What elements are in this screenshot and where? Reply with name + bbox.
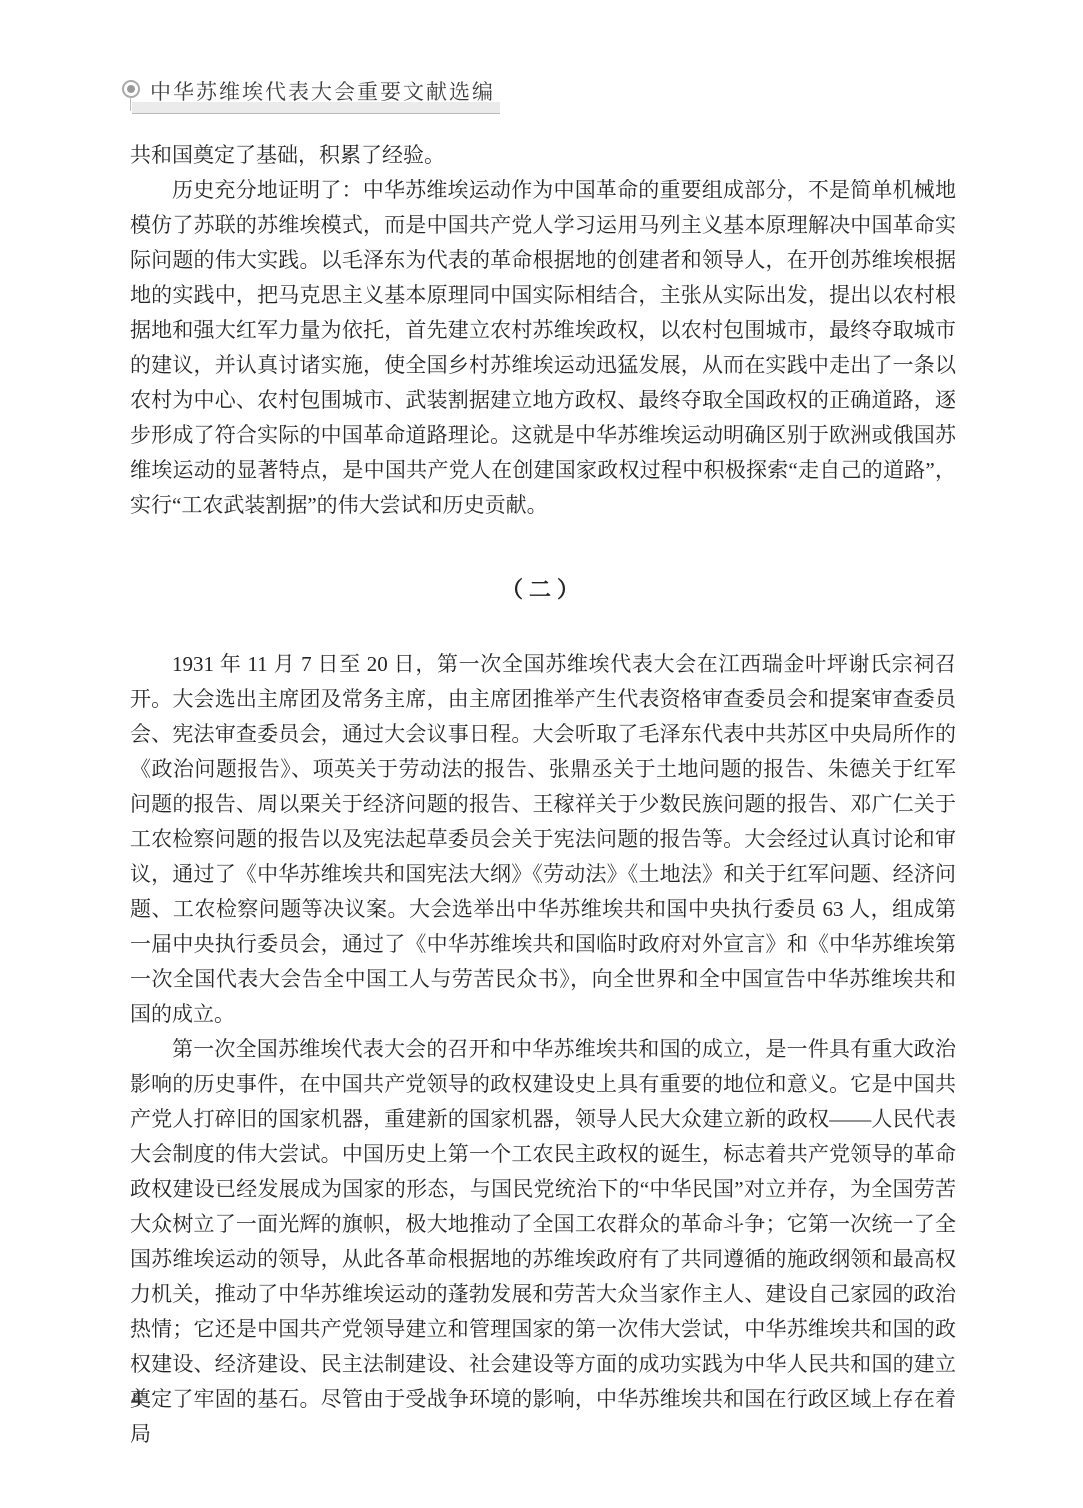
running-header: 中华苏维埃代表大会重要文献选编 — [122, 76, 642, 116]
body-paragraph: 第一次全国苏维埃代表大会的召开和中华苏维埃共和国的成立，是一件具有重大政治影响的… — [130, 1032, 956, 1452]
section-heading: （二） — [130, 572, 956, 607]
book-title: 中华苏维埃代表大会重要文献选编 — [150, 76, 495, 106]
body-paragraph: 历史充分地证明了：中华苏维埃运动作为中国革命的重要组成部分，不是简单机械地模仿了… — [130, 173, 956, 523]
ring-bullet-icon — [122, 80, 140, 98]
body-paragraph: 1931 年 11 月 7 日至 20 日，第一次全国苏维埃代表大会在江西瑞金叶… — [130, 647, 956, 1032]
page-number: 4 — [131, 1385, 142, 1411]
book-page: 中华苏维埃代表大会重要文献选编 共和国奠定了基础，积累了经验。 历史充分地证明了… — [0, 0, 1083, 1508]
page-body: 共和国奠定了基础，积累了经验。 历史充分地证明了：中华苏维埃运动作为中国革命的重… — [130, 138, 956, 1452]
body-paragraph: 共和国奠定了基础，积累了经验。 — [130, 138, 956, 173]
